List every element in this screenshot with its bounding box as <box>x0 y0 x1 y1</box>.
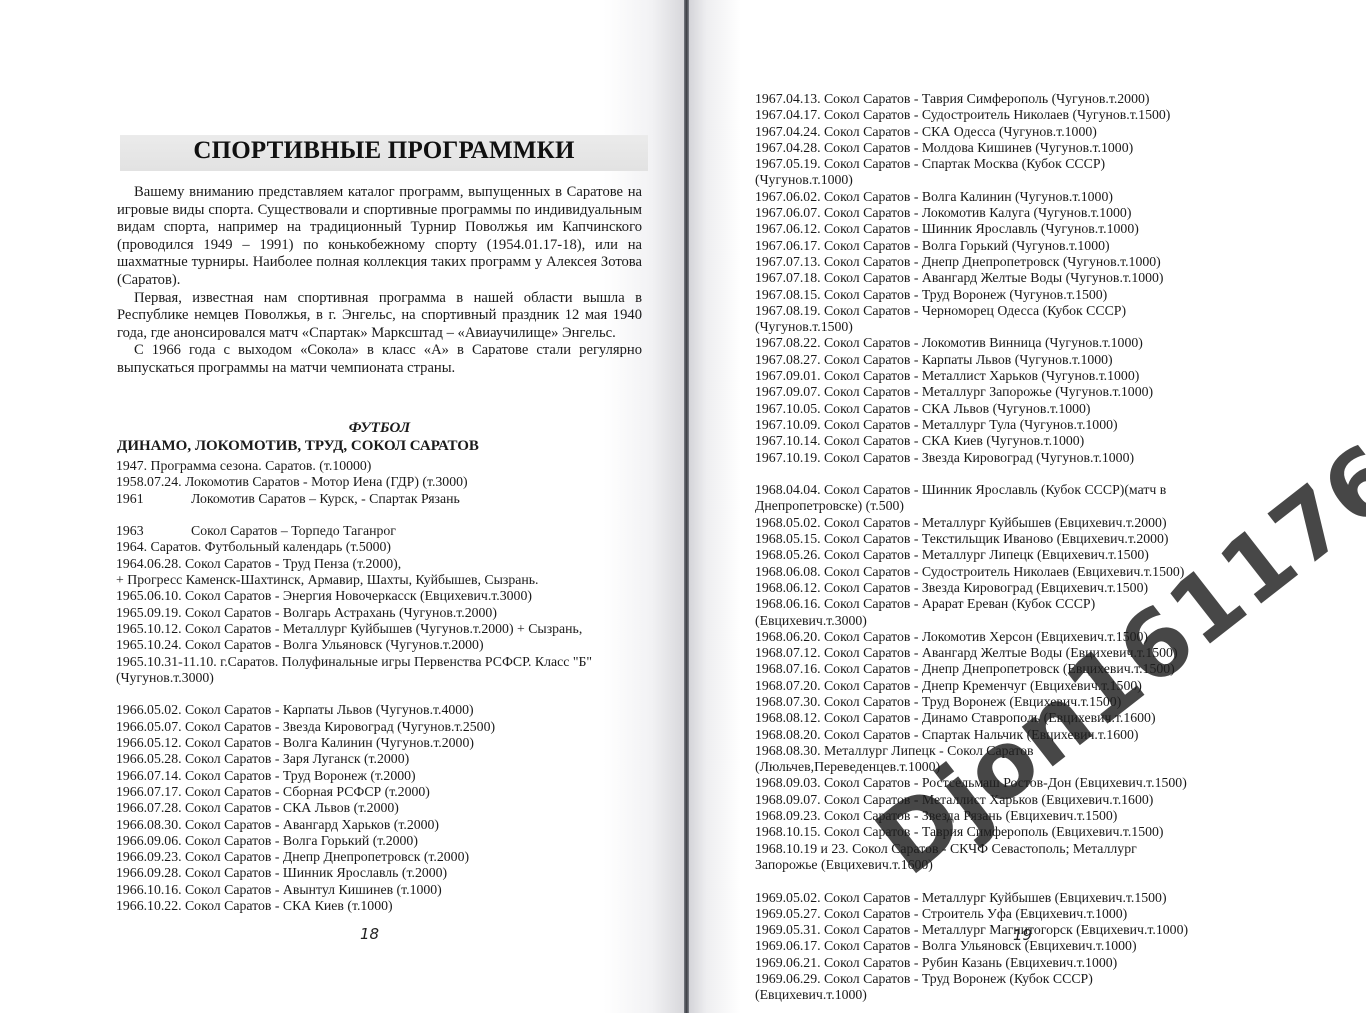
left-entry-list: 1947. Программа сезона. Саратов. (т.1000… <box>116 458 656 914</box>
list-item: 1965.10.12. Сокол Саратов - Металлург Ку… <box>116 621 656 637</box>
list-item: 1967.10.19. Сокол Саратов - Звезда Киров… <box>755 450 1200 466</box>
list-item: 1968.05.26. Сокол Саратов - Металлург Ли… <box>755 547 1200 563</box>
list-item: 1969.06.17. Сокол Саратов - Волга Ульяно… <box>755 938 1200 954</box>
list-item: 1968.04.04. Сокол Саратов - Шинник Яросл… <box>755 482 1200 515</box>
list-item: 1968.08.12. Сокол Саратов - Динамо Ставр… <box>755 710 1200 726</box>
list-item: 1967.09.01. Сокол Саратов - Металлист Ха… <box>755 368 1200 384</box>
list-item: 1967.06.17. Сокол Саратов - Волга Горьки… <box>755 238 1200 254</box>
list-item: 1965.06.10. Сокол Саратов - Энергия Ново… <box>116 588 656 604</box>
list-item: 1965.09.19. Сокол Саратов - Волгарь Астр… <box>116 605 656 621</box>
list-item: 1966.07.14. Сокол Саратов - Труд Воронеж… <box>116 768 656 784</box>
list-item: 1968.05.02. Сокол Саратов - Металлург Ку… <box>755 515 1200 531</box>
list-item: 1966.09.06. Сокол Саратов - Волга Горьки… <box>116 833 656 849</box>
list-item: 1967.04.28. Сокол Саратов - Молдова Киши… <box>755 140 1200 156</box>
right-entry-list: 1967.04.13. Сокол Саратов - Таврия Симфе… <box>755 91 1255 1004</box>
book-spread: СПОРТИВНЫЕ ПРОГРАММКИ Вашему вниманию пр… <box>0 0 1366 1013</box>
list-item: 1968.09.23. Сокол Саратов - Звезда Рязан… <box>755 808 1200 824</box>
intro-paragraph: Первая, известная нам спортивная програм… <box>117 290 642 343</box>
list-item: 1967.04.24. Сокол Саратов - СКА Одесса (… <box>755 124 1200 140</box>
list-item: 1958.07.24. Локомотив Саратов - Мотор Ие… <box>116 474 656 490</box>
list-item: 1965.10.24. Сокол Саратов - Волга Ульяно… <box>116 637 656 653</box>
list-item: 1964. Саратов. Футбольный календарь (т.5… <box>116 539 656 555</box>
list-item: 1968.09.07. Сокол Саратов - Металлист Ха… <box>755 792 1200 808</box>
list-item: 1968.06.08. Сокол Саратов - Судостроител… <box>755 564 1200 580</box>
list-item: 1969.06.29. Сокол Саратов - Труд Воронеж… <box>755 971 1200 1004</box>
list-item: 1967.10.05. Сокол Саратов - СКА Львов (Ч… <box>755 401 1200 417</box>
page-number-right: 19 <box>1013 926 1032 944</box>
list-item: 1967.07.13. Сокол Саратов - Днепр Днепро… <box>755 254 1200 270</box>
list-item: 1967.09.07. Сокол Саратов - Металлург За… <box>755 384 1200 400</box>
list-item: 1968.08.30. Металлург Липецк - Сокол Сар… <box>755 743 1200 776</box>
list-item: 1968.06.20. Сокол Саратов - Локомотив Хе… <box>755 629 1200 645</box>
list-item: (Чугунов.т.3000) <box>116 670 656 686</box>
list-item: 1968.05.15. Сокол Саратов - Текстильщик … <box>755 531 1200 547</box>
list-item: + Прогресс Каменск-Шахтинск, Армавир, Ша… <box>116 572 656 588</box>
list-item: 1967.10.09. Сокол Саратов - Металлург Ту… <box>755 417 1200 433</box>
intro-text: Вашему вниманию представляем каталог про… <box>117 184 642 378</box>
list-item: 1968.10.15. Сокол Саратов - Таврия Симфе… <box>755 824 1200 840</box>
list-item: 1969.05.31. Сокол Саратов - Металлург Ма… <box>755 922 1200 938</box>
page-number-left: 18 <box>360 925 379 943</box>
list-item: 1966.09.28. Сокол Саратов - Шинник Яросл… <box>116 865 656 881</box>
list-item: 1967.04.13. Сокол Саратов - Таврия Симфе… <box>755 91 1200 107</box>
list-item: 1967.10.14. Сокол Саратов - СКА Киев (Чу… <box>755 433 1200 449</box>
list-item: 1963Сокол Саратов – Торпедо Таганрог <box>116 523 656 539</box>
list-item: 1969.05.02. Сокол Саратов - Металлург Ку… <box>755 890 1200 906</box>
list-item: 1968.10.19 и 23. Сокол Саратов - СКЧФ Се… <box>755 841 1200 874</box>
list-item: 1961Локомотив Саратов – Курск, - Спартак… <box>116 491 656 507</box>
list-item: 1968.07.30. Сокол Саратов - Труд Воронеж… <box>755 694 1200 710</box>
list-item: 1967.08.15. Сокол Саратов - Труд Воронеж… <box>755 287 1200 303</box>
list-item: 1968.08.20. Сокол Саратов - Спартак Наль… <box>755 727 1200 743</box>
intro-paragraph: С 1966 года с выходом «Сокола» в класс «… <box>117 342 642 377</box>
intro-paragraph: Вашему вниманию представляем каталог про… <box>117 184 642 290</box>
list-item: 1966.10.16. Сокол Саратов - Авынтул Киши… <box>116 882 656 898</box>
list-item: 1966.07.28. Сокол Саратов - СКА Львов (т… <box>116 800 656 816</box>
list-item: 1969.05.27. Сокол Саратов - Строитель Уф… <box>755 906 1200 922</box>
list-item: 1966.08.30. Сокол Саратов - Авангард Хар… <box>116 817 656 833</box>
list-item: 1966.10.22. Сокол Саратов - СКА Киев (т.… <box>116 898 656 914</box>
list-item: 1967.08.19. Сокол Саратов - Черноморец О… <box>755 303 1200 336</box>
list-item: 1947. Программа сезона. Саратов. (т.1000… <box>116 458 656 474</box>
list-item: 1966.05.02. Сокол Саратов - Карпаты Льво… <box>116 702 656 718</box>
list-item: 1967.06.12. Сокол Саратов - Шинник Яросл… <box>755 221 1200 237</box>
list-item: 1966.09.23. Сокол Саратов - Днепр Днепро… <box>116 849 656 865</box>
list-item: 1967.05.19. Сокол Саратов - Спартак Моск… <box>755 156 1200 189</box>
page-title: СПОРТИВНЫЕ ПРОГРАММКИ <box>120 137 648 165</box>
section-subtitle: ДИНАМО, ЛОКОМОТИВ, ТРУД, СОКОЛ САРАТОВ <box>117 438 642 455</box>
list-item: 1966.05.28. Сокол Саратов - Заря Луганск… <box>116 751 656 767</box>
list-item: 1964.06.28. Сокол Саратов - Труд Пенза (… <box>116 556 656 572</box>
list-item: 1968.09.03. Сокол Саратов - Ростсельмаш … <box>755 775 1200 791</box>
book-gutter <box>684 0 689 1013</box>
list-item: 1966.07.17. Сокол Саратов - Сборная РСФС… <box>116 784 656 800</box>
list-item: 1968.06.12. Сокол Саратов - Звезда Киров… <box>755 580 1200 596</box>
list-item: 1967.07.18. Сокол Саратов - Авангард Жел… <box>755 270 1200 286</box>
list-item: 1965.10.31-11.10. г.Саратов. Полуфинальн… <box>116 654 656 670</box>
list-item: 1968.07.16. Сокол Саратов - Днепр Днепро… <box>755 661 1200 677</box>
list-item: 1967.08.22. Сокол Саратов - Локомотив Ви… <box>755 335 1200 351</box>
list-item: 1968.07.20. Сокол Саратов - Днепр Кремен… <box>755 678 1200 694</box>
list-item: 1968.06.16. Сокол Саратов - Арарат Ерева… <box>755 596 1200 629</box>
list-item: 1967.06.02. Сокол Саратов - Волга Калини… <box>755 189 1200 205</box>
list-item: 1966.05.07. Сокол Саратов - Звезда Киров… <box>116 719 656 735</box>
list-item: 1969.06.21. Сокол Саратов - Рубин Казань… <box>755 955 1200 971</box>
list-item: 1967.08.27. Сокол Саратов - Карпаты Льво… <box>755 352 1200 368</box>
section-title: ФУТБОЛ <box>117 420 642 437</box>
list-item: 1967.06.07. Сокол Саратов - Локомотив Ка… <box>755 205 1200 221</box>
list-item: 1967.04.17. Сокол Саратов - Судостроител… <box>755 107 1200 123</box>
list-item: 1968.07.12. Сокол Саратов - Авангард Жел… <box>755 645 1200 661</box>
list-item: 1966.05.12. Сокол Саратов - Волга Калини… <box>116 735 656 751</box>
